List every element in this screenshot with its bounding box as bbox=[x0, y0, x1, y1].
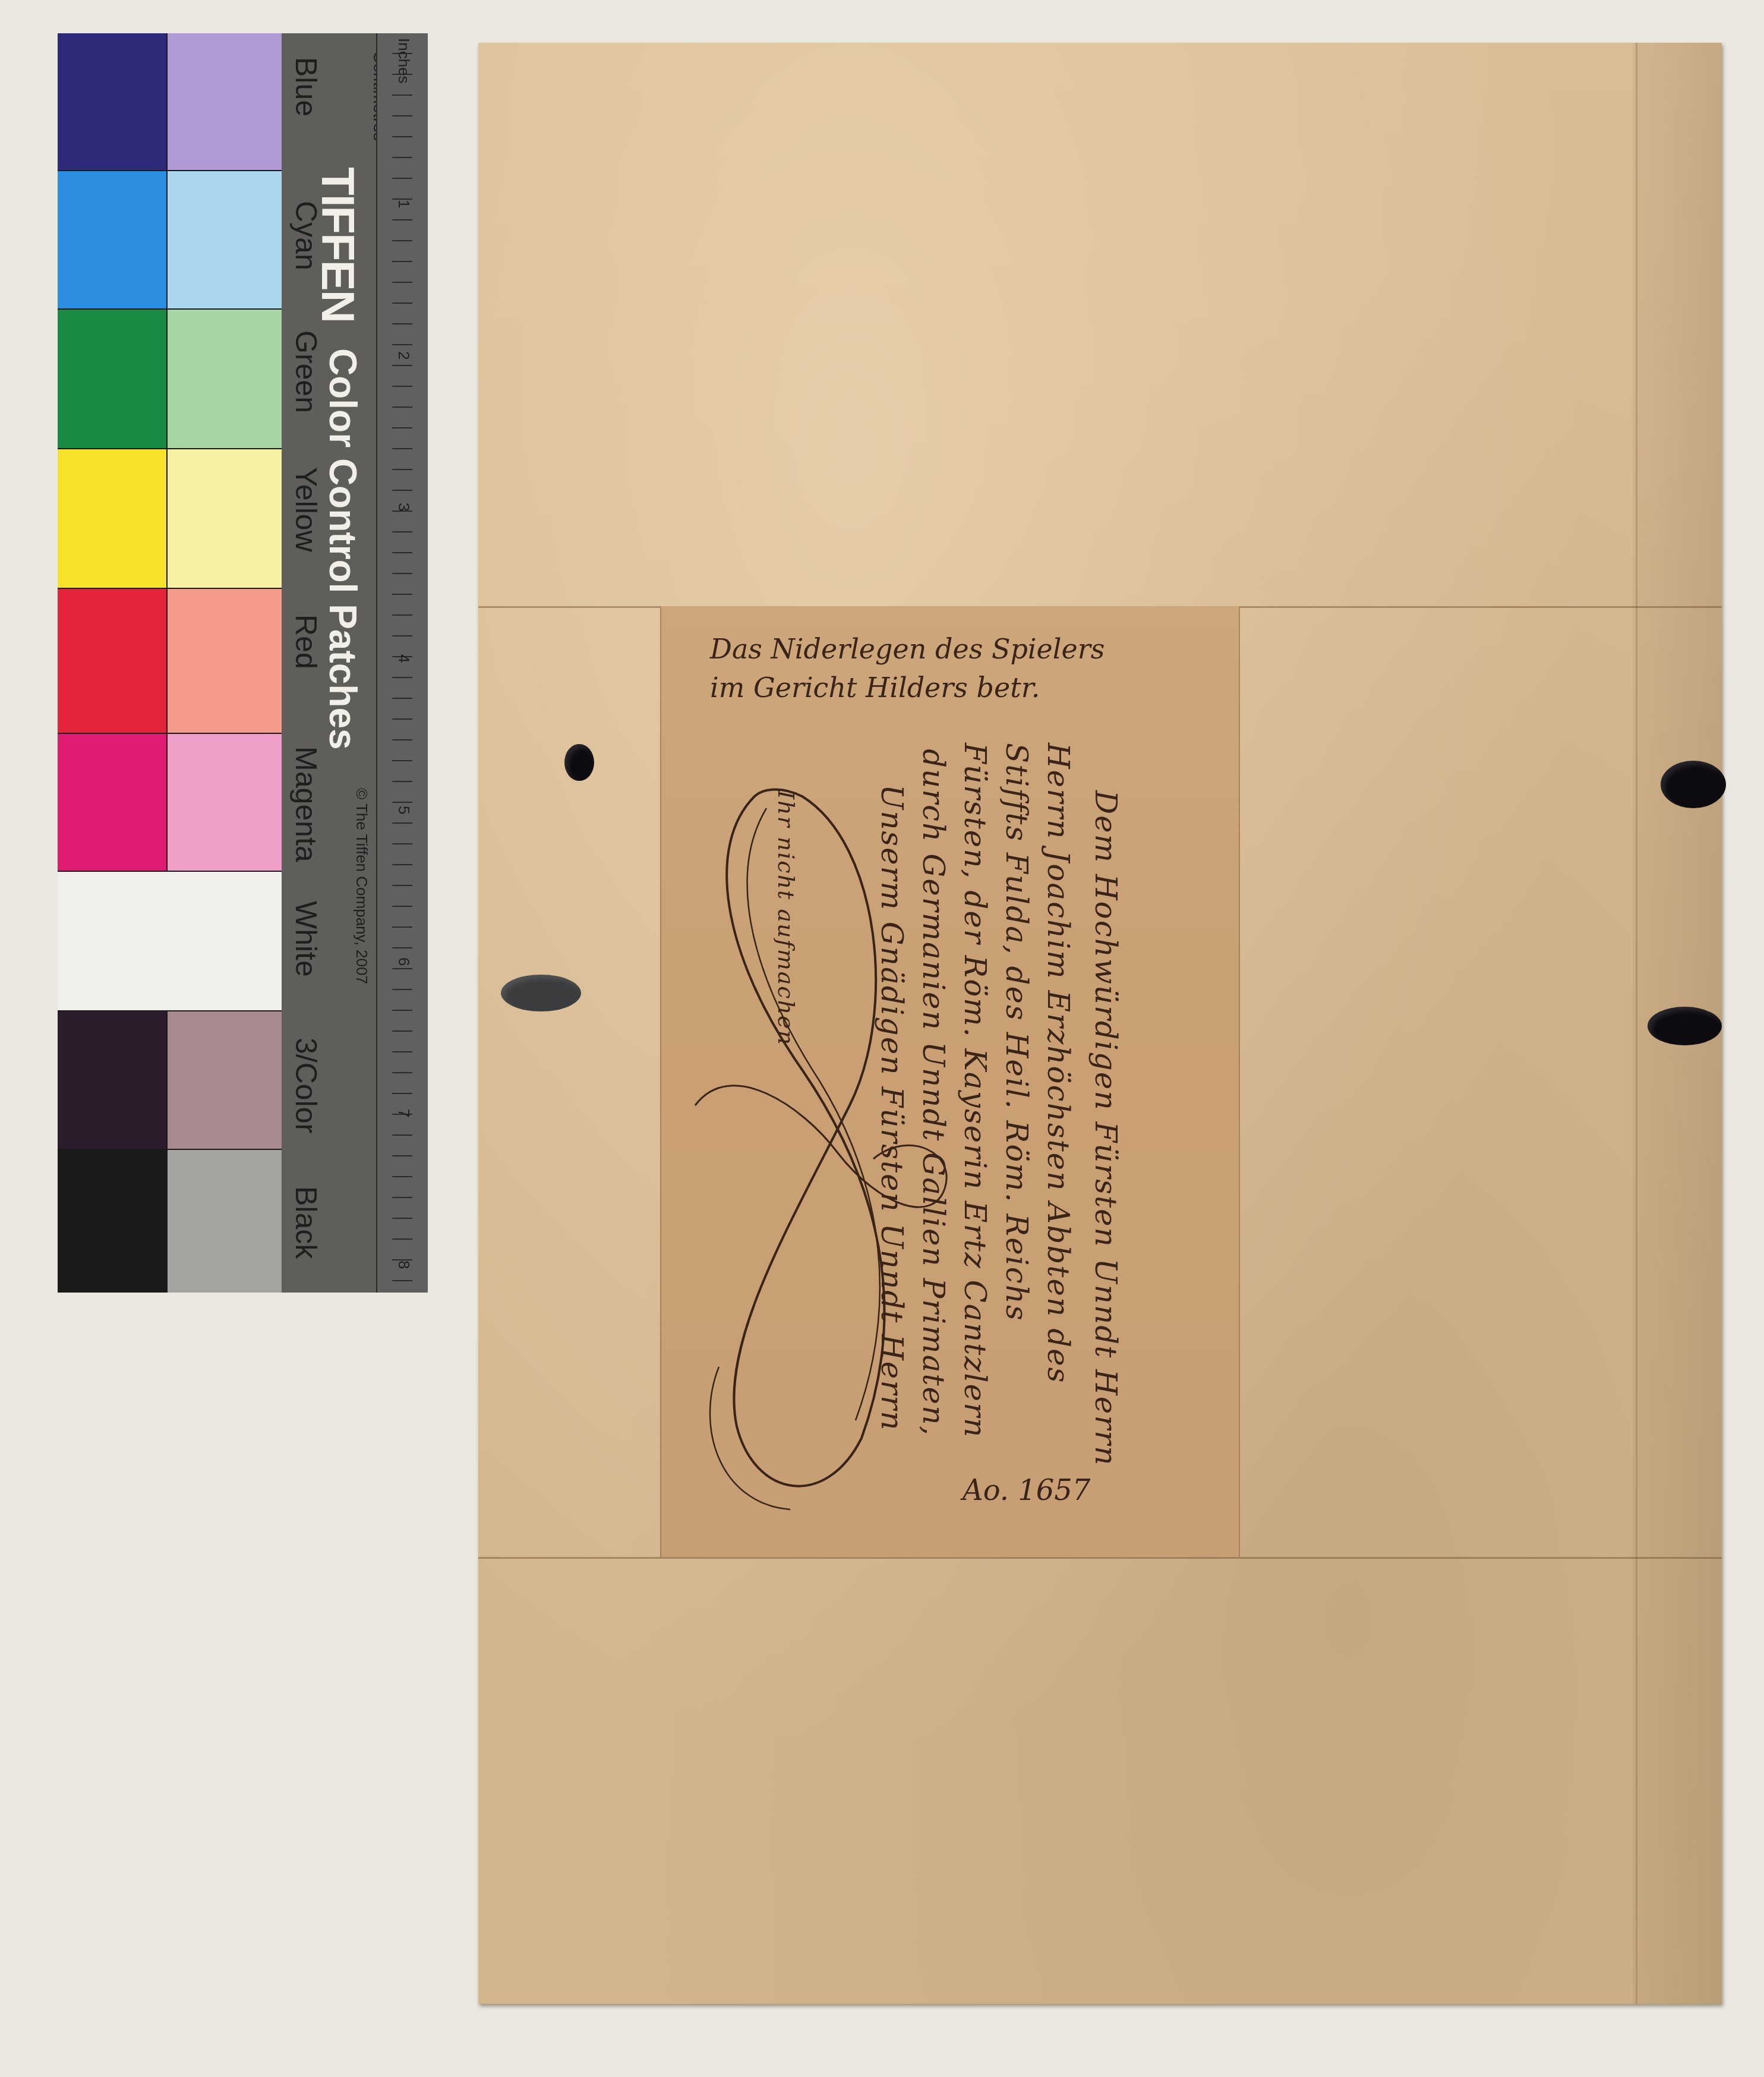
docket-line-1: Das Niderlegen des Spielers bbox=[710, 633, 1105, 665]
wax-seal-right-bottom bbox=[1648, 1007, 1722, 1045]
patch-row-green bbox=[58, 310, 282, 449]
wax-seal-left-bottom bbox=[501, 975, 581, 1011]
flourish-note: Ihr nicht aufmachen bbox=[773, 790, 799, 1046]
patch-red-light bbox=[168, 589, 282, 733]
patch-row-3color bbox=[58, 1011, 282, 1150]
inch-2: 2 bbox=[395, 351, 413, 360]
wax-seal-left-top bbox=[564, 744, 594, 781]
label-magenta: Magenta bbox=[289, 746, 323, 862]
inch-6: 6 bbox=[395, 957, 413, 966]
color-patches bbox=[58, 33, 282, 1293]
patch-row-magenta bbox=[58, 734, 282, 872]
inch-3: 3 bbox=[395, 503, 413, 511]
patch-blue-light bbox=[168, 33, 282, 170]
date-text: Ao. 1657 bbox=[963, 1474, 1090, 1507]
inch-7: 7 bbox=[395, 1109, 413, 1117]
brand-logo: TIFFEN bbox=[311, 167, 365, 322]
patch-cyan-light bbox=[168, 171, 282, 308]
patch-green-light bbox=[168, 310, 282, 448]
patch-row-cyan bbox=[58, 171, 282, 310]
label-white: White bbox=[289, 901, 323, 977]
label-3color: 3/Color bbox=[289, 1038, 323, 1133]
label-black: Black bbox=[289, 1186, 323, 1259]
patch-3color-light bbox=[168, 1011, 282, 1149]
label-green: Green bbox=[289, 330, 323, 413]
copyright: © The Tiffen Company, 2007 bbox=[352, 788, 371, 984]
patch-row-yellow bbox=[58, 449, 282, 589]
label-red: Red bbox=[289, 614, 323, 669]
patch-row-blue bbox=[58, 33, 282, 171]
patch-cyan-dark bbox=[58, 171, 168, 308]
patch-black-light bbox=[168, 1150, 282, 1293]
fold-line-bottom bbox=[478, 1557, 1722, 1559]
patch-yellow-light bbox=[168, 449, 282, 588]
patch-row-red bbox=[58, 589, 282, 734]
calligraphic-flourish bbox=[683, 773, 968, 1521]
patch-black-dark bbox=[58, 1150, 168, 1293]
ruler: Inches 1 2 3 4 5 6 7 8 bbox=[376, 33, 428, 1293]
patch-green-dark bbox=[58, 310, 168, 448]
patch-white bbox=[58, 872, 282, 1010]
inch-5: 5 bbox=[395, 806, 413, 814]
docket-line-2: im Gericht Hilders betr. bbox=[710, 672, 1040, 704]
patch-magenta-dark bbox=[58, 734, 168, 871]
label-yellow: Yellow bbox=[289, 467, 323, 552]
patch-yellow-dark bbox=[58, 449, 168, 588]
address-line-1: Dem Hochwürdigen Fürsten Unndt Herrn bbox=[1088, 790, 1123, 1466]
inch-8: 8 bbox=[395, 1260, 413, 1269]
inch-4: 4 bbox=[395, 654, 413, 663]
ruler-ticks bbox=[377, 33, 428, 1293]
patch-blue-dark bbox=[58, 33, 168, 170]
chart-title: Color Control Patches bbox=[321, 348, 365, 750]
patch-row-black bbox=[58, 1150, 282, 1293]
ruler-inches-label: Inches bbox=[395, 38, 413, 84]
wax-seal-right-top bbox=[1661, 761, 1726, 808]
address-line-3: Stiffts Fulda, des Heil. Röm. Reichs bbox=[999, 743, 1034, 1322]
patch-3color-dark bbox=[58, 1011, 168, 1149]
address-line-2: Herrn Joachim Erzhöchsten Abbten des bbox=[1041, 743, 1075, 1383]
fold-line-right bbox=[1636, 43, 1637, 2004]
patch-magenta-light bbox=[168, 734, 282, 871]
label-blue: Blue bbox=[289, 57, 323, 116]
patch-red-dark bbox=[58, 589, 168, 733]
color-control-chart: Blue Cyan Green Yellow Red Magenta White… bbox=[58, 33, 428, 1293]
patch-row-white bbox=[58, 872, 282, 1011]
inch-1: 1 bbox=[395, 200, 413, 208]
